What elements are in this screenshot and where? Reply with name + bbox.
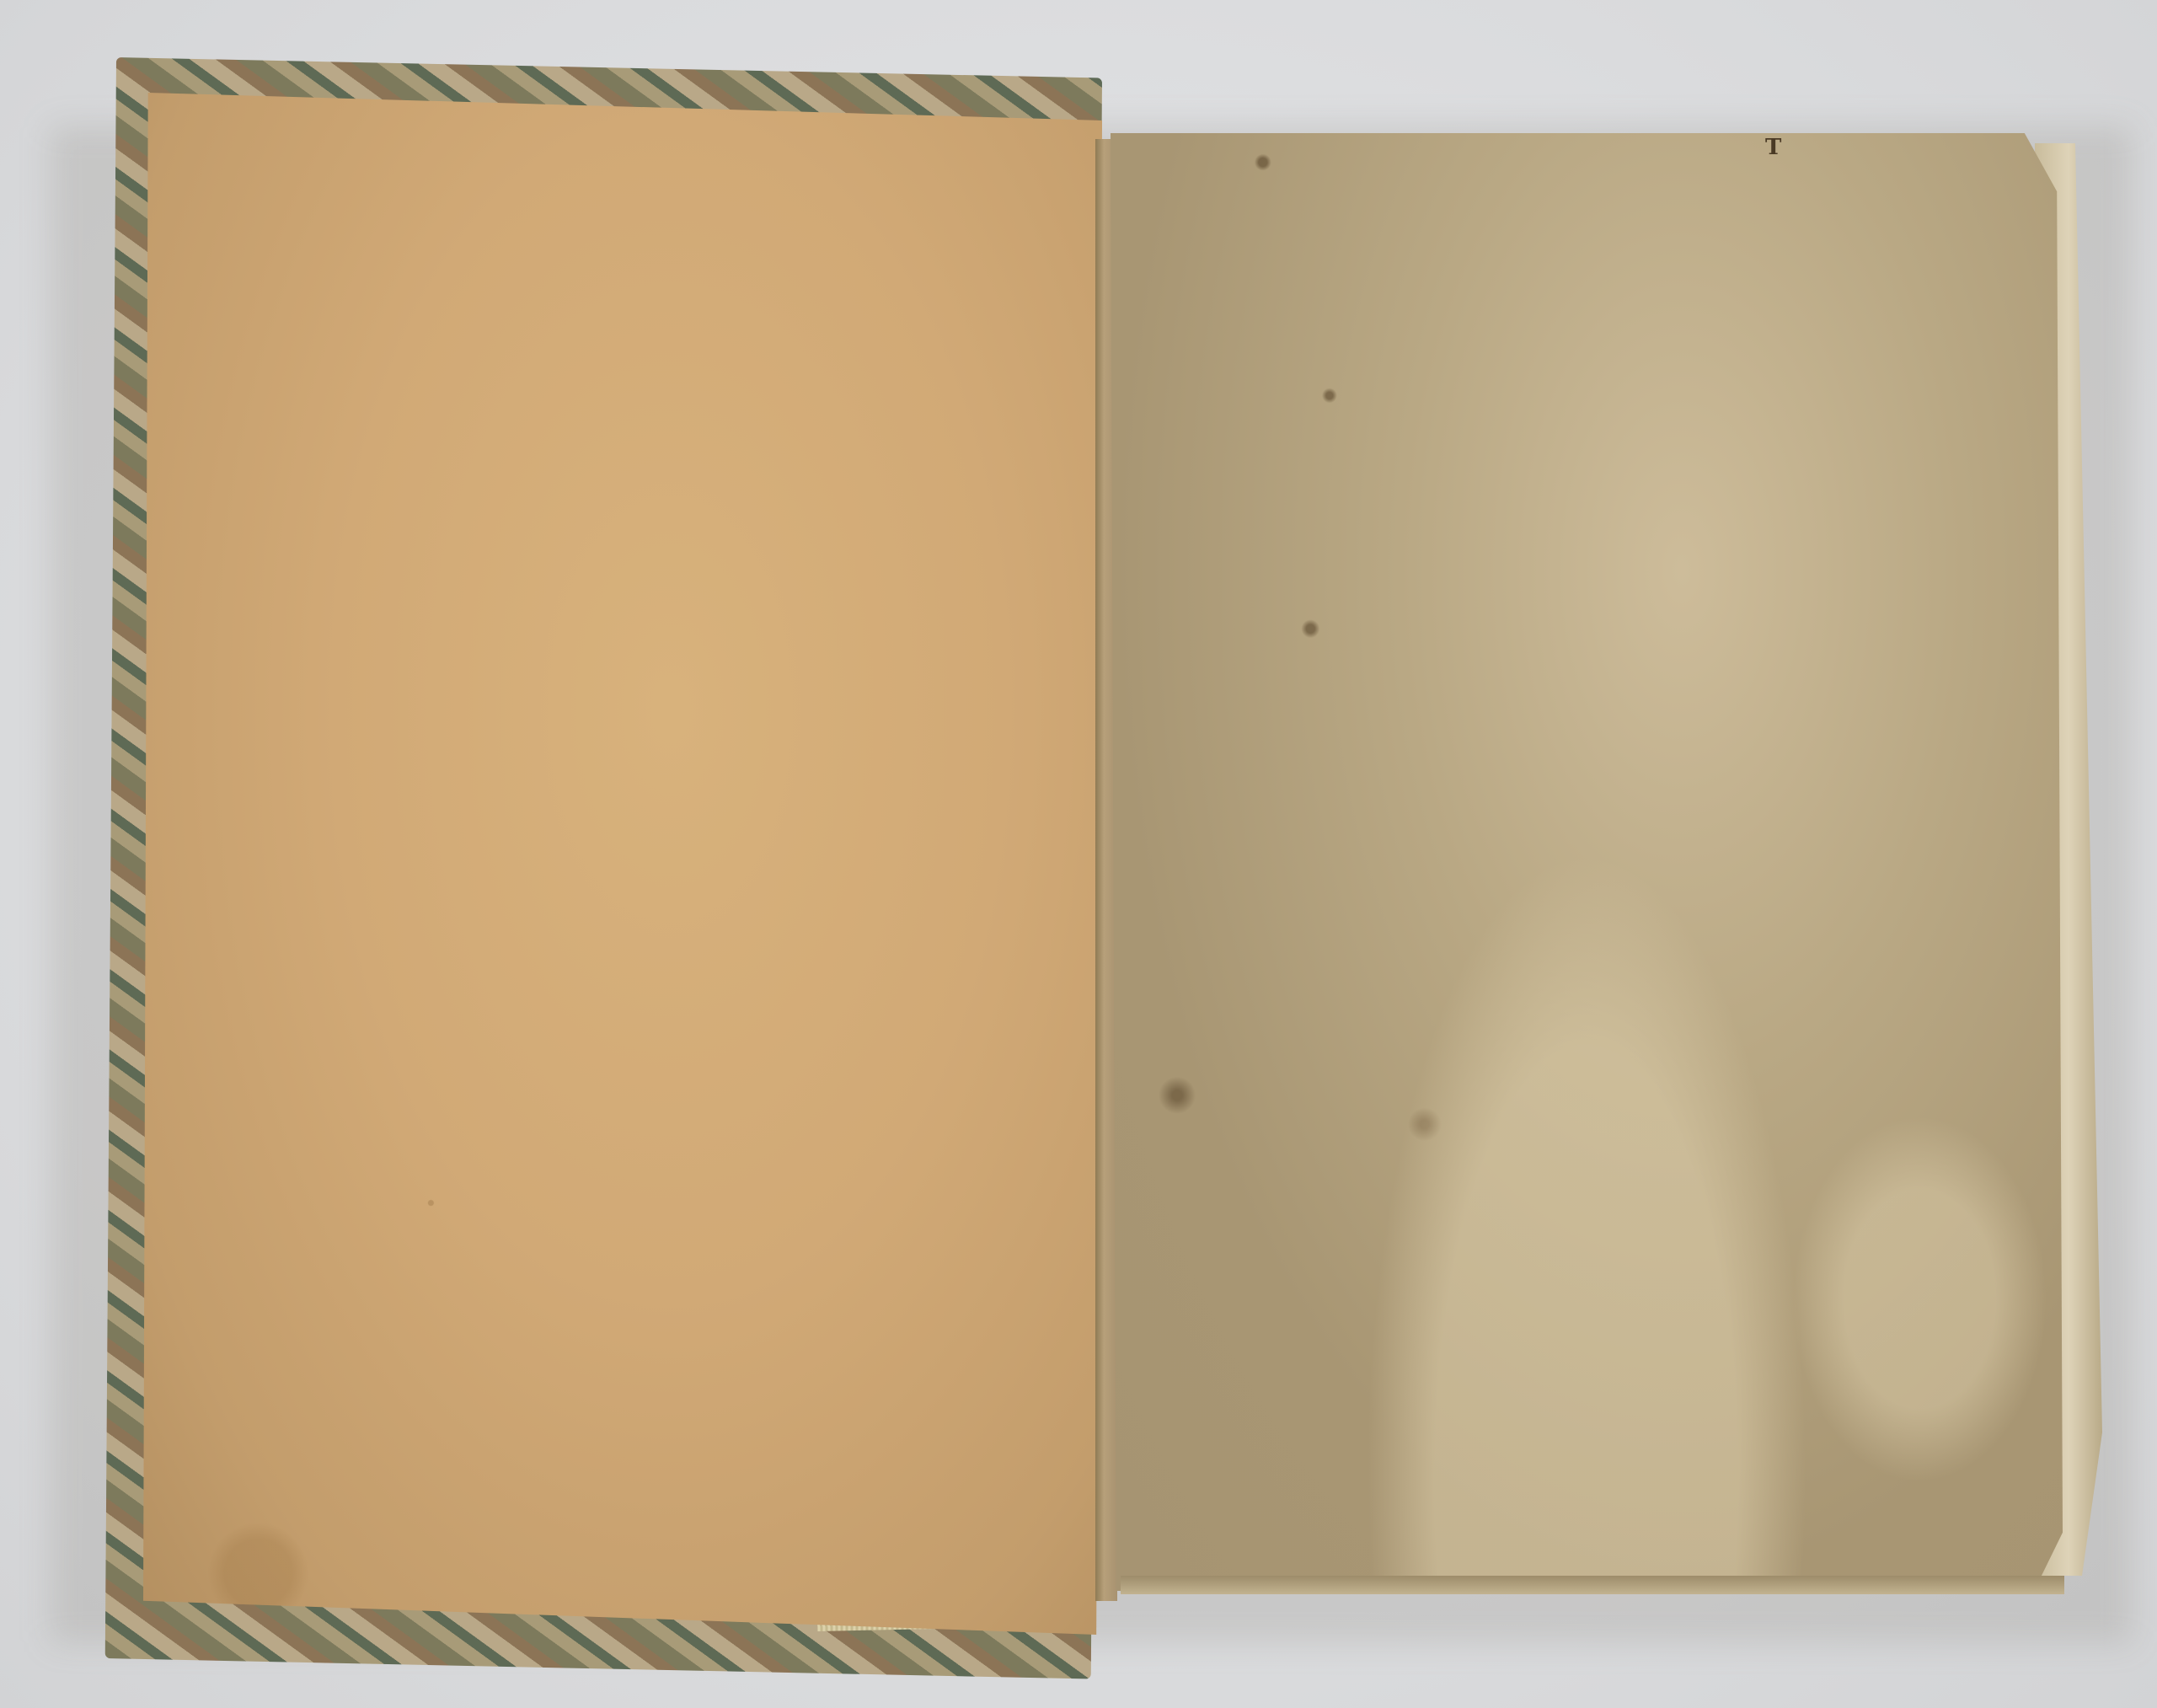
right-page-foxed [1111,133,2063,1591]
left-endpaper [143,93,1102,1635]
page-mark: T [1765,135,1781,160]
page-bottom-edge [1121,1576,2064,1594]
